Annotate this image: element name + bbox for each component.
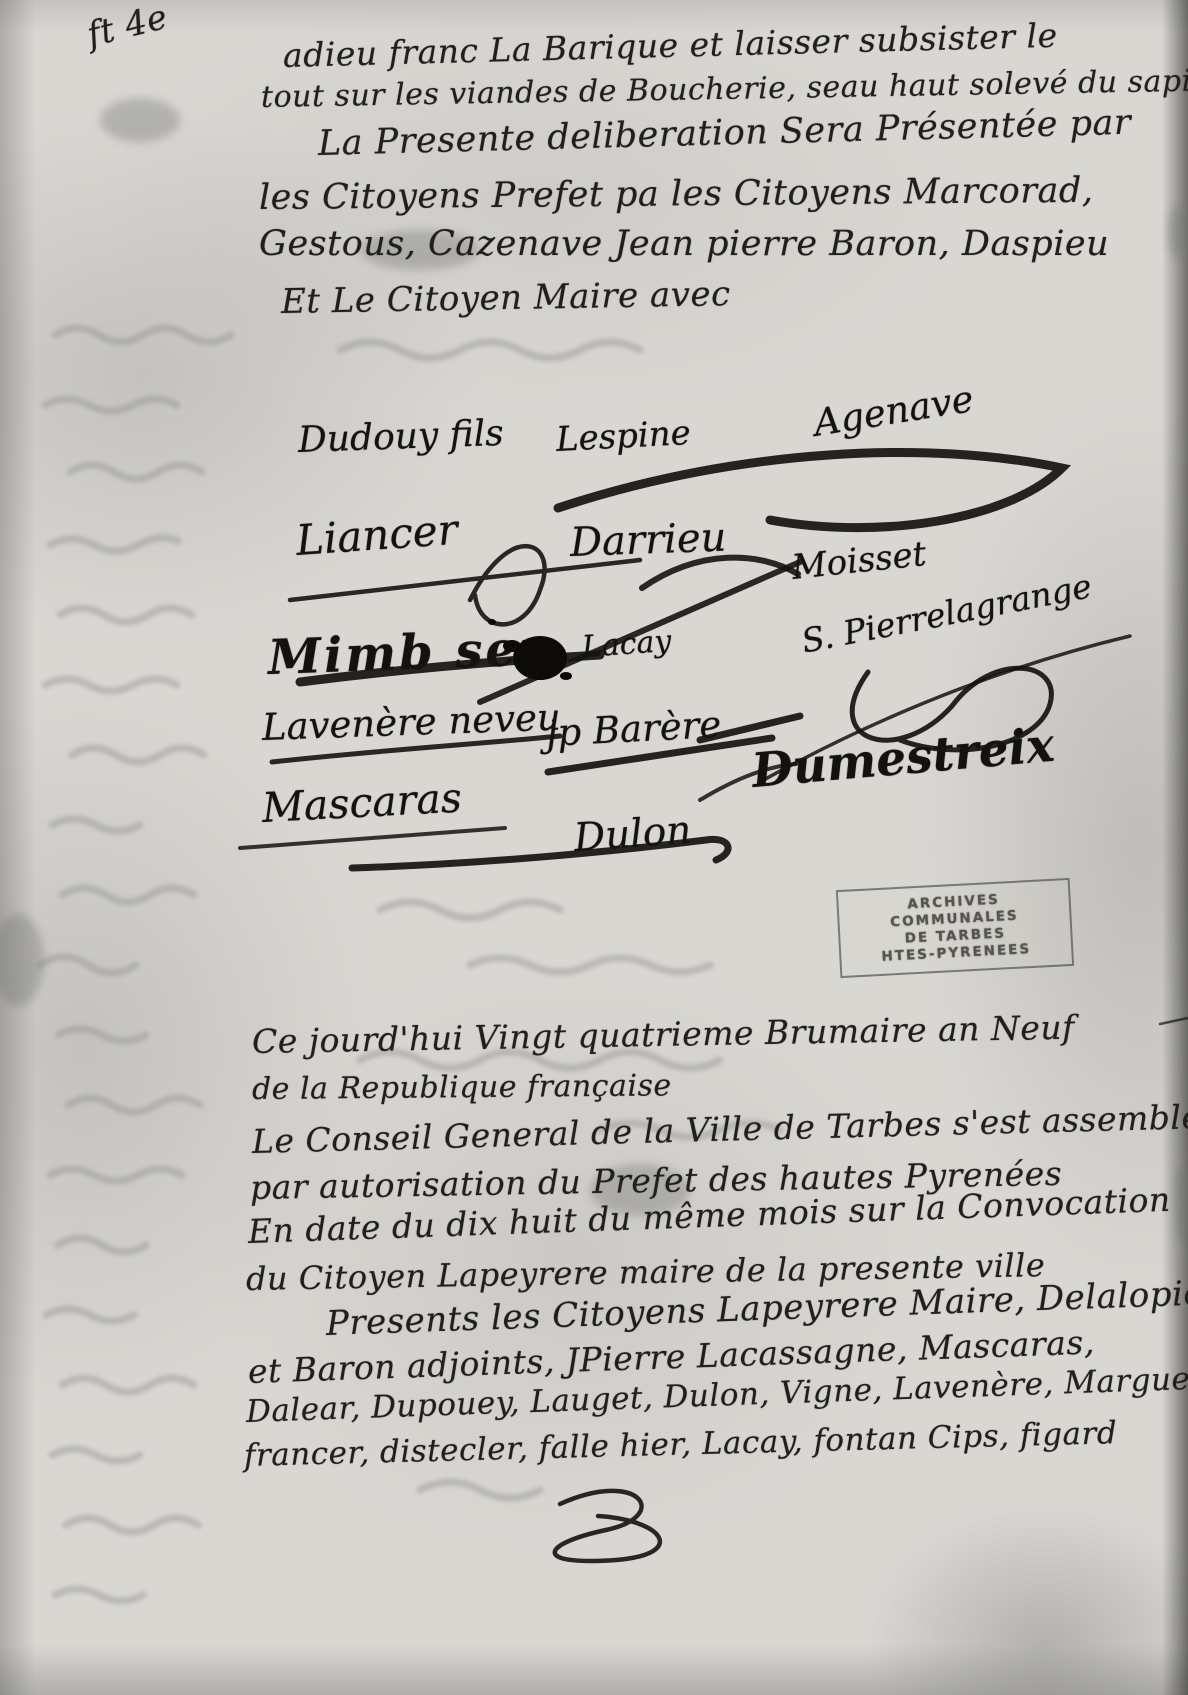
signature-agenave: Agenave [811,377,977,445]
signature-darrieu: Darrieu [569,515,727,566]
stamp-line: HTES-PYRENEES [881,941,1031,966]
signature-lespine: Lespine [555,413,692,460]
manuscript-line: Et Le Citoyen Maire avec [281,274,731,322]
signature-mimb: Mimb sen [267,620,558,686]
manuscript-line: La Presente deliberation Sera Présentée … [317,103,1131,164]
manuscript-line: de la Republique française [252,1068,672,1107]
signature-moisset: Moisset [790,534,928,588]
signature-dudouy: Dudouy fils [297,413,504,461]
flourish-bottom-paraphe [555,1491,660,1561]
signature-lacay: Lacay [581,624,673,665]
manuscript-line: Le Conseil General de la Ville de Tarbes… [251,1097,1188,1161]
signature-dulon: Dulon [572,808,692,861]
manuscript-line: Gestous, Cazenave Jean pierre Baron, Das… [259,224,1109,264]
signature-barere: jp Barère [545,703,722,755]
flourish-corner-line [1160,1018,1188,1024]
signature-liancer: Liancer [294,505,459,565]
manuscript-line: Ce jourd'hui Vingt quatrieme Brumaire an… [252,1008,1076,1061]
manuscript-line: les Citoyens Prefet pa les Citoyens Marc… [259,171,1094,218]
signature-dumestreix: Dumestreix [750,718,1057,799]
manuscript-line: adieu franc La Barique et laisser subsis… [282,16,1058,75]
folio-mark: ft 4e [83,0,172,55]
signature-mascaras: Mascaras [261,774,463,832]
signature-lavenere: Lavenère neveu [261,696,561,749]
archive-stamp: ARCHIVES COMMUNALES DE TARBES HTES-PYREN… [836,878,1074,978]
manuscript-page: ft 4e adieu franc La Barique et laisser … [0,0,1188,1695]
flourish-agenave [558,453,1062,528]
